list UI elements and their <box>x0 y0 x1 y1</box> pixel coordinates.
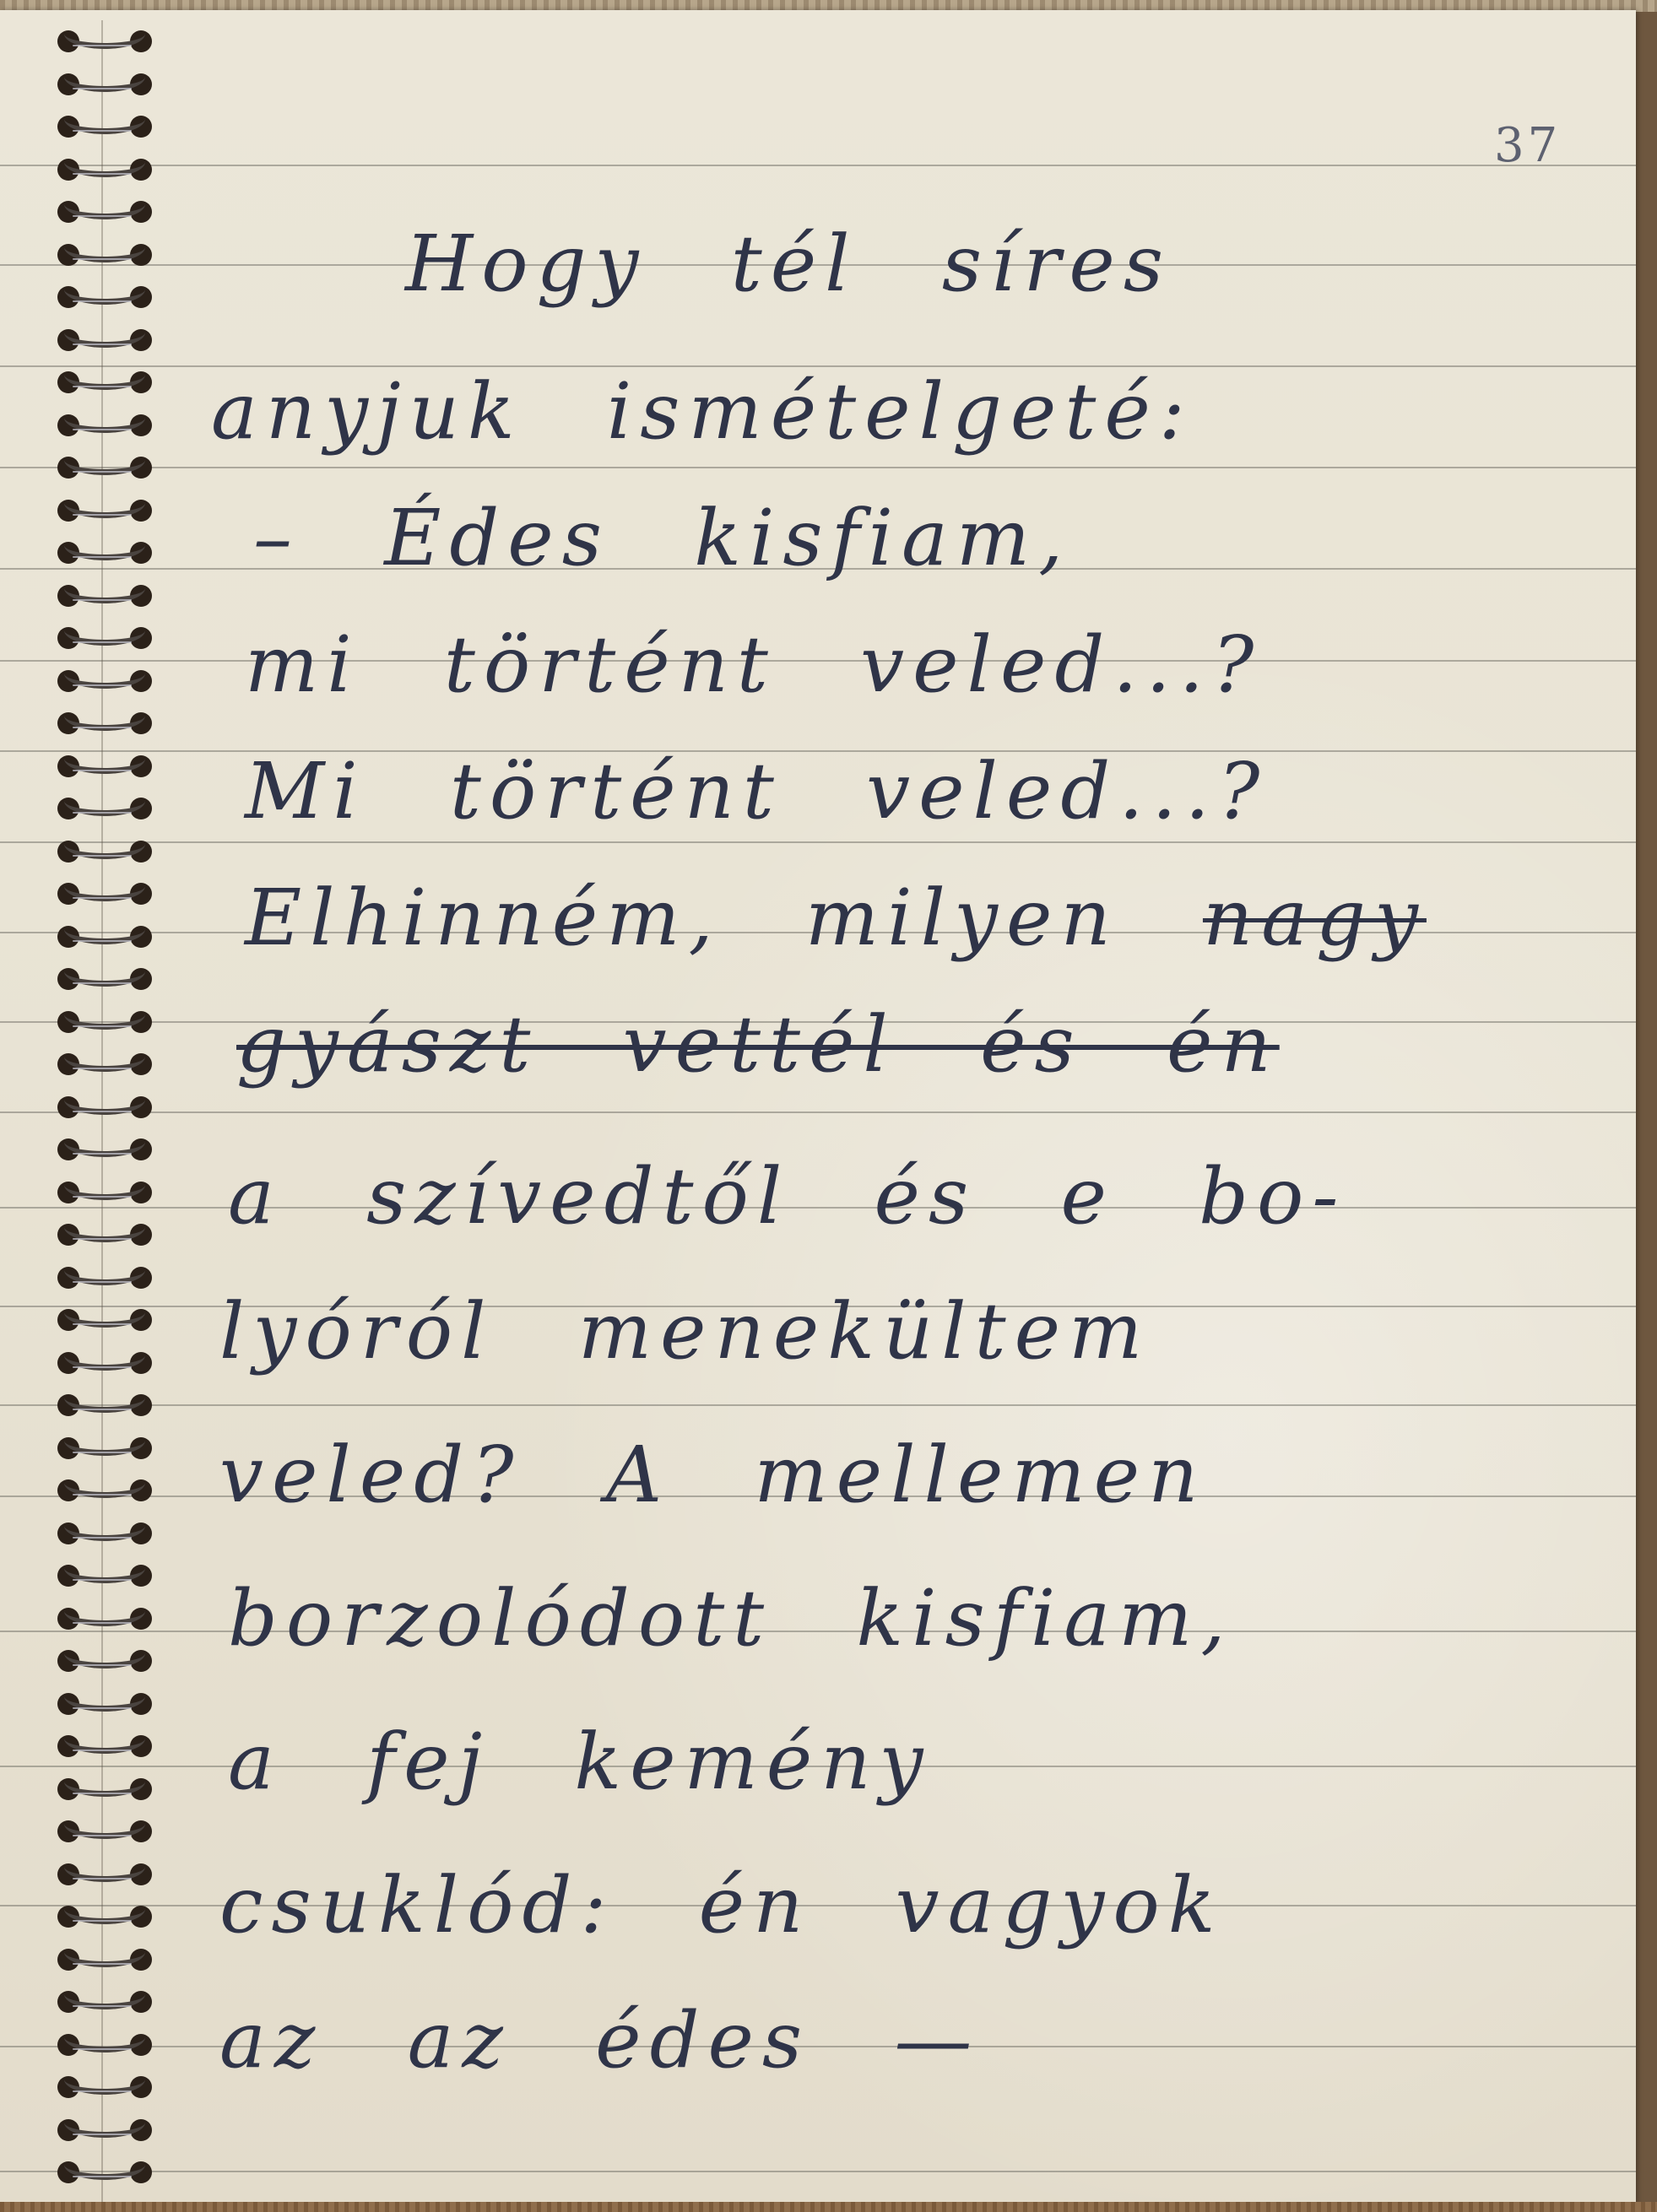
spiral-coil <box>51 1050 152 1079</box>
spiral-coil <box>51 879 152 908</box>
spiral-coil <box>51 1561 152 1590</box>
spiral-coil <box>51 1306 152 1334</box>
spiral-coil <box>51 2031 152 2059</box>
spiral-coil <box>51 453 152 482</box>
spiral-coil <box>51 1220 152 1249</box>
handwritten-line-6: Elhinném, milyen nagy <box>245 879 1427 957</box>
spiral-coil <box>51 837 152 866</box>
ruled-line <box>0 467 1636 468</box>
spiral-coil <box>51 1902 152 1931</box>
spiral-coil <box>51 112 152 141</box>
spiral-coil <box>51 70 152 99</box>
wood-surface-bottom <box>0 2202 1657 2212</box>
spiral-coil <box>51 2116 152 2144</box>
handwritten-line-10: veled? A mellemen <box>219 1436 1206 1514</box>
spiral-coil <box>51 538 152 567</box>
handwritten-line-11: borzolódott kisfiam, <box>228 1580 1234 1658</box>
handwritten-line-8: a szívedtől és e bo- <box>228 1158 1347 1236</box>
spiral-coil <box>51 155 152 184</box>
spiral-coil <box>51 709 152 738</box>
spiral-coil <box>51 1434 152 1463</box>
spiral-coil <box>51 2158 152 2187</box>
spiral-binding <box>51 27 160 2212</box>
spiral-coil <box>51 1263 152 1292</box>
spiral-coil <box>51 1519 152 1548</box>
handwritten-line-14: az az édes — <box>219 2002 980 2079</box>
ruled-line <box>0 2171 1636 2172</box>
handwritten-line-4: mi történt veled...? <box>245 626 1262 704</box>
spiral-coil <box>51 922 152 951</box>
spiral-coil <box>51 624 152 652</box>
spiral-coil <box>51 794 152 823</box>
ruled-line <box>0 165 1636 166</box>
spiral-coil <box>51 1988 152 2016</box>
spiral-coil <box>51 496 152 525</box>
spiral-coil <box>51 581 152 610</box>
spiral-coil <box>51 368 152 397</box>
handwritten-line-7-struck: gyászt vettél és én <box>236 1006 1280 1084</box>
notebook-page: 37 Hogy tél síres anyjuk ismételgeté: – … <box>0 10 1636 2204</box>
struck-through-word: nagy <box>1203 873 1427 963</box>
spiral-coil <box>51 1945 152 1974</box>
spiral-coil <box>51 752 152 781</box>
spiral-coil <box>51 1178 152 1207</box>
spiral-coil <box>51 1647 152 1675</box>
handwritten-line-3: – Édes kisfiam, <box>253 500 1071 577</box>
spiral-coil <box>51 1690 152 1718</box>
spiral-coil <box>51 197 152 226</box>
handwritten-line-5: Mi történt veled...? <box>245 753 1268 830</box>
handwritten-line-2: anyjuk ismételgeté: <box>211 373 1194 451</box>
handwritten-line-12: a fej kemény <box>228 1723 931 1801</box>
handwritten-line-9: lyóról menekültem <box>219 1293 1151 1371</box>
spiral-coil <box>51 667 152 695</box>
ruled-line <box>0 1111 1636 1113</box>
handwritten-line-13: csuklód: én vagyok <box>219 1867 1223 1944</box>
spiral-coil <box>51 1008 152 1036</box>
spiral-coil <box>51 283 152 311</box>
spiral-coil <box>51 965 152 993</box>
spiral-coil <box>51 1817 152 1846</box>
spiral-coil <box>51 1349 152 1377</box>
spiral-coil <box>51 411 152 440</box>
spiral-coil <box>51 1860 152 1889</box>
spiral-coil <box>51 326 152 354</box>
spiral-coil <box>51 1732 152 1760</box>
spiral-coil <box>51 27 152 56</box>
handwritten-line-1: Hogy tél síres <box>405 225 1172 303</box>
ruled-line <box>0 1404 1636 1406</box>
handwritten-text: Elhinném, milyen <box>245 873 1119 963</box>
page-number: 37 <box>1494 118 1561 173</box>
notebook-photo: 37 Hogy tél síres anyjuk ismételgeté: – … <box>0 0 1657 2212</box>
spiral-coil <box>51 1135 152 1164</box>
spiral-coil <box>51 2073 152 2101</box>
spiral-coil <box>51 1775 152 1804</box>
spiral-coil <box>51 1604 152 1633</box>
spiral-coil <box>51 1476 152 1505</box>
spiral-coil <box>51 1391 152 1420</box>
spiral-coil <box>51 241 152 269</box>
ruled-line <box>0 841 1636 843</box>
spiral-coil <box>51 1093 152 1122</box>
